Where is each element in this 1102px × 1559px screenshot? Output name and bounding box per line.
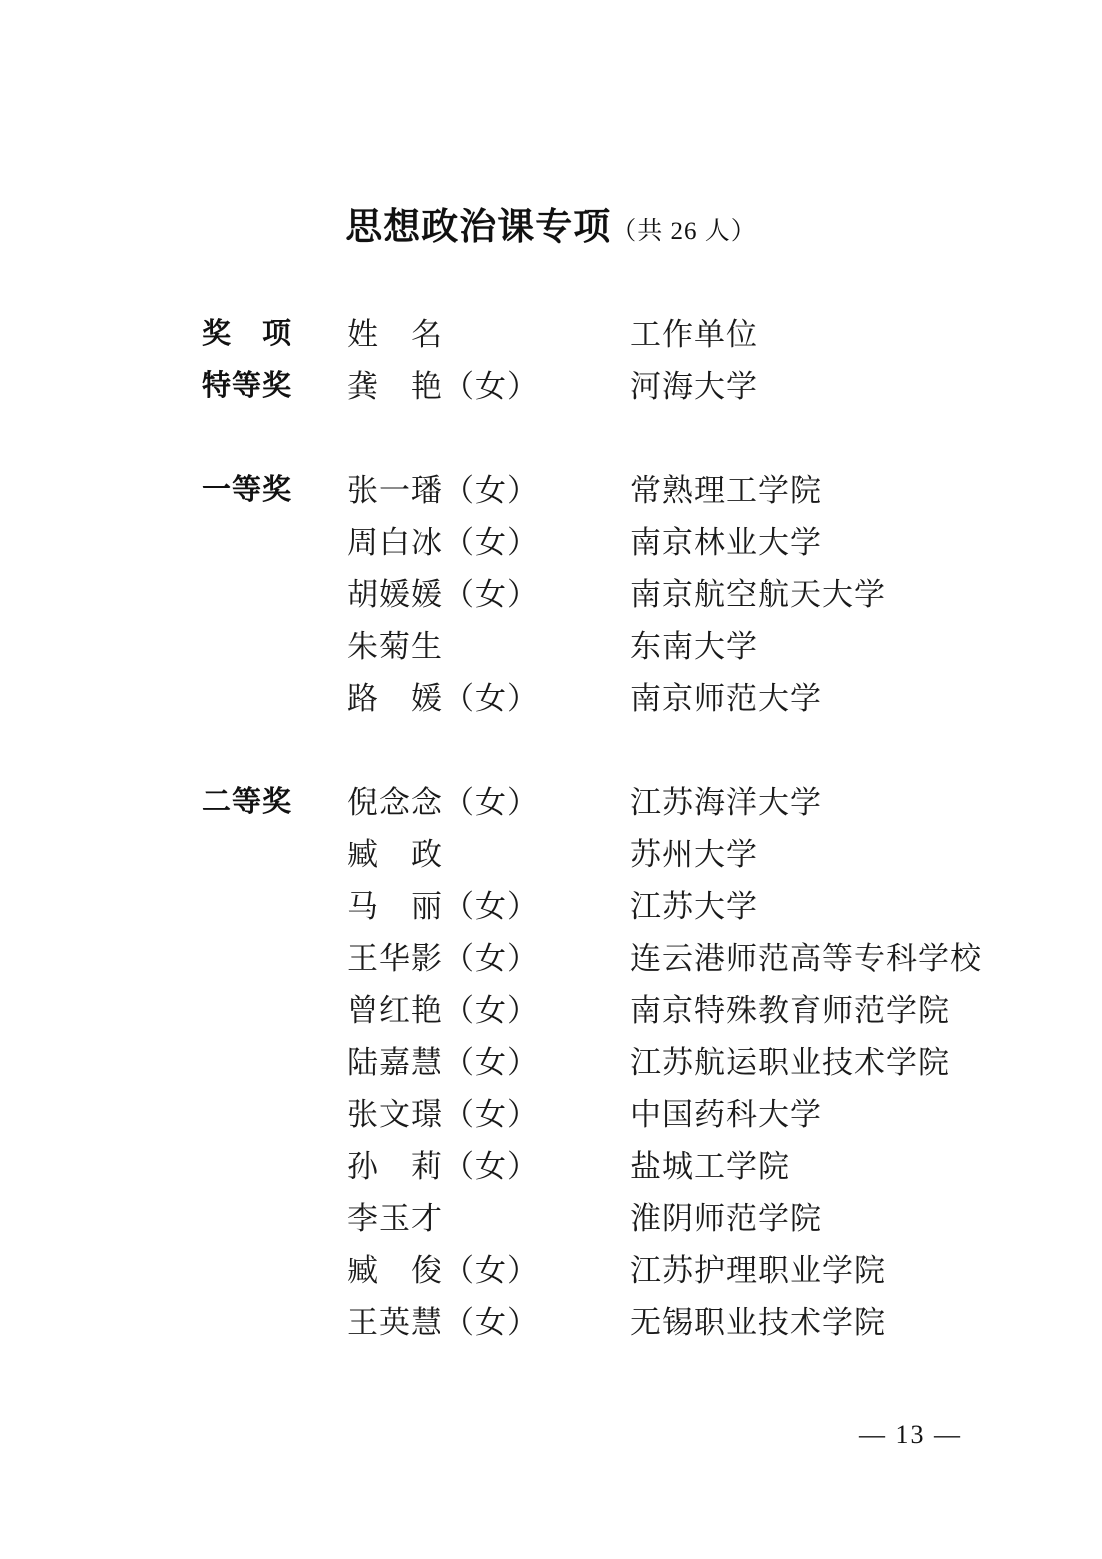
- name-cell: 胡媛媛（女）: [347, 569, 630, 614]
- name-cell: 李玉才: [347, 1193, 630, 1238]
- unit-cell: 盐城工学院: [630, 1141, 1042, 1186]
- award-table-body: 特等奖龚 艳（女）河海大学一等奖张一璠（女）常熟理工学院周白冰（女）南京林业大学…: [202, 357, 1042, 1345]
- table-row: 周白冰（女）南京林业大学: [202, 513, 1042, 565]
- unit-cell: 连云港师范高等专科学校: [630, 933, 1042, 978]
- page-title: 思想政治课专项（共 26 人）: [0, 196, 1102, 250]
- table-row: 二等奖倪念念（女）江苏海洋大学: [202, 773, 1042, 825]
- name-cell: 周白冰（女）: [347, 517, 630, 562]
- unit-cell: 中国药科大学: [630, 1089, 1042, 1134]
- name-cell: 朱菊生: [347, 621, 630, 666]
- name-cell: 臧 政: [347, 829, 630, 874]
- table-row: 张文璟（女）中国药科大学: [202, 1085, 1042, 1137]
- table-row: 臧 政苏州大学: [202, 825, 1042, 877]
- document-page: 思想政治课专项（共 26 人） 奖 项 姓 名 工作单位 特等奖龚 艳（女）河海…: [0, 0, 1102, 1559]
- unit-cell: 东南大学: [630, 621, 1042, 666]
- unit-cell: 河海大学: [630, 361, 1042, 406]
- title-count-suffix: （共 26 人）: [611, 218, 757, 245]
- award-cell: 二等奖: [202, 779, 347, 820]
- name-cell: 张一璠（女）: [347, 465, 630, 510]
- table-row: 一等奖张一璠（女）常熟理工学院: [202, 461, 1042, 513]
- table-row: 王华影（女）连云港师范高等专科学校: [202, 929, 1042, 981]
- table-row: 陆嘉慧（女）江苏航运职业技术学院: [202, 1033, 1042, 1085]
- name-cell: 王英慧（女）: [347, 1297, 630, 1342]
- name-cell: 路 媛（女）: [347, 673, 630, 718]
- table-row: 王英慧（女）无锡职业技术学院: [202, 1293, 1042, 1345]
- unit-cell: 淮阴师范学院: [630, 1193, 1042, 1238]
- unit-cell: 江苏护理职业学院: [630, 1245, 1042, 1290]
- unit-cell: 南京特殊教育师范学院: [630, 985, 1042, 1030]
- table-row: 胡媛媛（女）南京航空航天大学: [202, 565, 1042, 617]
- name-cell: 王华影（女）: [347, 933, 630, 978]
- unit-cell: 江苏大学: [630, 881, 1042, 926]
- unit-cell: 苏州大学: [630, 829, 1042, 874]
- table-row: 马 丽（女）江苏大学: [202, 877, 1042, 929]
- table-row: 臧 俊（女）江苏护理职业学院: [202, 1241, 1042, 1293]
- column-header-name: 姓 名: [347, 309, 630, 354]
- name-cell: 龚 艳（女）: [347, 361, 630, 406]
- table-row: 孙 莉（女）盐城工学院: [202, 1137, 1042, 1189]
- award-cell: 一等奖: [202, 467, 347, 508]
- name-cell: 孙 莉（女）: [347, 1141, 630, 1186]
- unit-cell: 常熟理工学院: [630, 465, 1042, 510]
- unit-cell: 江苏海洋大学: [630, 777, 1042, 822]
- award-cell: 特等奖: [202, 363, 347, 404]
- name-cell: 曾红艳（女）: [347, 985, 630, 1030]
- page-number: — 13 —: [859, 1420, 962, 1449]
- table-header-row: 奖 项 姓 名 工作单位: [202, 305, 1042, 357]
- name-cell: 陆嘉慧（女）: [347, 1037, 630, 1082]
- award-table: 奖 项 姓 名 工作单位 特等奖龚 艳（女）河海大学一等奖张一璠（女）常熟理工学…: [202, 305, 1042, 1345]
- table-row: 李玉才淮阴师范学院: [202, 1189, 1042, 1241]
- column-header-unit: 工作单位: [630, 309, 1042, 354]
- name-cell: 马 丽（女）: [347, 881, 630, 926]
- unit-cell: 无锡职业技术学院: [630, 1297, 1042, 1342]
- unit-cell: 江苏航运职业技术学院: [630, 1037, 1042, 1082]
- name-cell: 臧 俊（女）: [347, 1245, 630, 1290]
- table-row: 路 媛（女）南京师范大学: [202, 669, 1042, 721]
- unit-cell: 南京师范大学: [630, 673, 1042, 718]
- unit-cell: 南京航空航天大学: [630, 569, 1042, 614]
- column-header-award: 奖 项: [202, 311, 347, 352]
- name-cell: 张文璟（女）: [347, 1089, 630, 1134]
- table-row: 特等奖龚 艳（女）河海大学: [202, 357, 1042, 409]
- table-row: 曾红艳（女）南京特殊教育师范学院: [202, 981, 1042, 1033]
- title-main: 思想政治课专项: [345, 207, 611, 248]
- name-cell: 倪念念（女）: [347, 777, 630, 822]
- table-row: 朱菊生东南大学: [202, 617, 1042, 669]
- unit-cell: 南京林业大学: [630, 517, 1042, 562]
- page-footer: — 13 —: [859, 1420, 962, 1450]
